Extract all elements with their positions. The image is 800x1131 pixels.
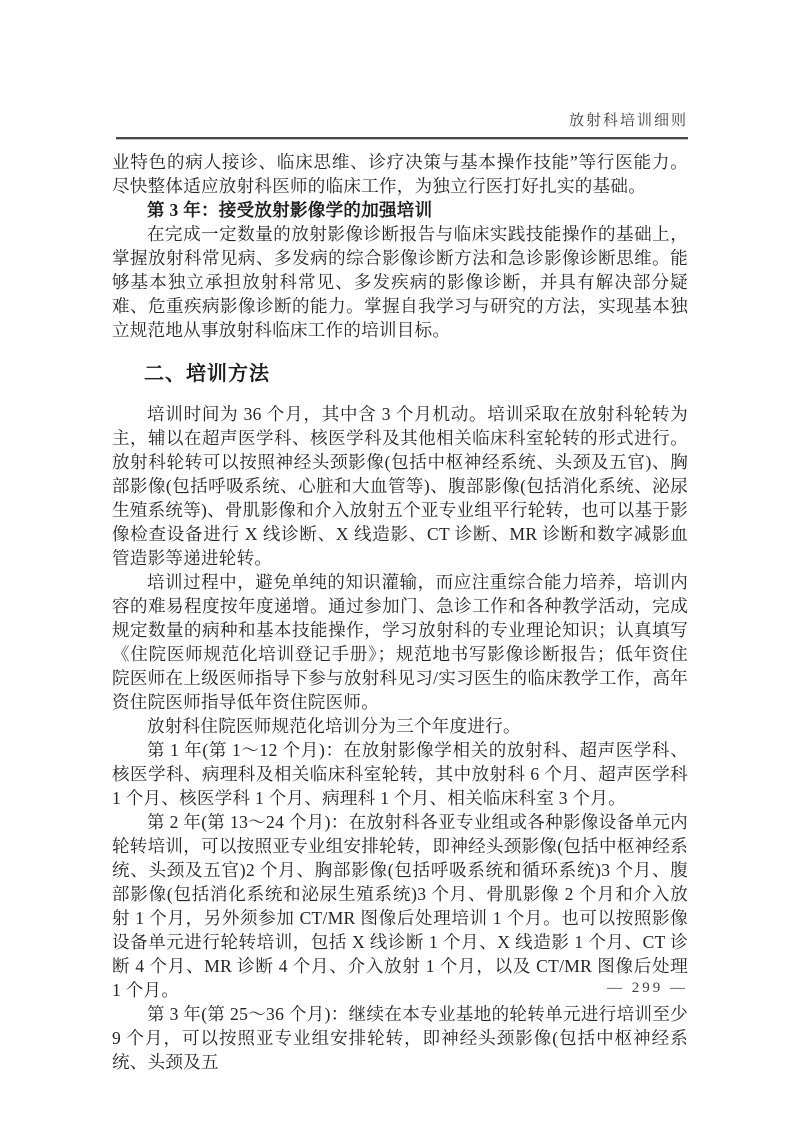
page-number: — 299 —	[112, 980, 688, 997]
section-heading-training-methods: 二、培训方法	[112, 362, 688, 386]
page-body: 业特色的病人接诊、临床思维、诊疗决策与基本操作技能”等行医能力。尽快整体适应放射…	[112, 150, 688, 1074]
paragraph-three-year-plan: 放射科住院医师规范化培训分为三个年度进行。	[112, 714, 688, 738]
year3-training-paragraph: 在完成一定数量的放射影像诊断报告与临床实践技能操作的基础上，掌握放射科常见病、多…	[112, 222, 688, 342]
paragraph-training-schedule: 培训时间为 36 个月，其中含 3 个月机动。培训采取在放射科轮转为主，辅以在超…	[112, 402, 688, 570]
running-header-title: 放射科培训细则	[112, 111, 688, 131]
paragraph-training-process: 培训过程中，避免单纯的知识灌输，而应注重综合能力培养，培训内容的难易程度按年度递…	[112, 570, 688, 714]
paragraph-year3-rotation: 第 3 年(第 25～36 个月)：继续在本专业基地的轮转单元进行培训至少 9 …	[112, 1002, 688, 1074]
year3-training-heading: 第 3 年：接受放射影像学的加强培训	[112, 198, 688, 222]
paragraph-year1-rotation: 第 1 年(第 1～12 个月)：在放射影像学相关的放射科、超声医学科、核医学科…	[112, 738, 688, 810]
paragraph-year2-rotation: 第 2 年(第 13～24 个月)：在放射科各亚专业组或各种影像设备单元内轮转培…	[112, 810, 688, 1002]
book-page: 放射科培训细则 业特色的病人接诊、临床思维、诊疗决策与基本操作技能”等行医能力。…	[0, 0, 800, 1131]
header-rule	[116, 137, 688, 139]
continuation-paragraph: 业特色的病人接诊、临床思维、诊疗决策与基本操作技能”等行医能力。尽快整体适应放射…	[112, 150, 688, 198]
